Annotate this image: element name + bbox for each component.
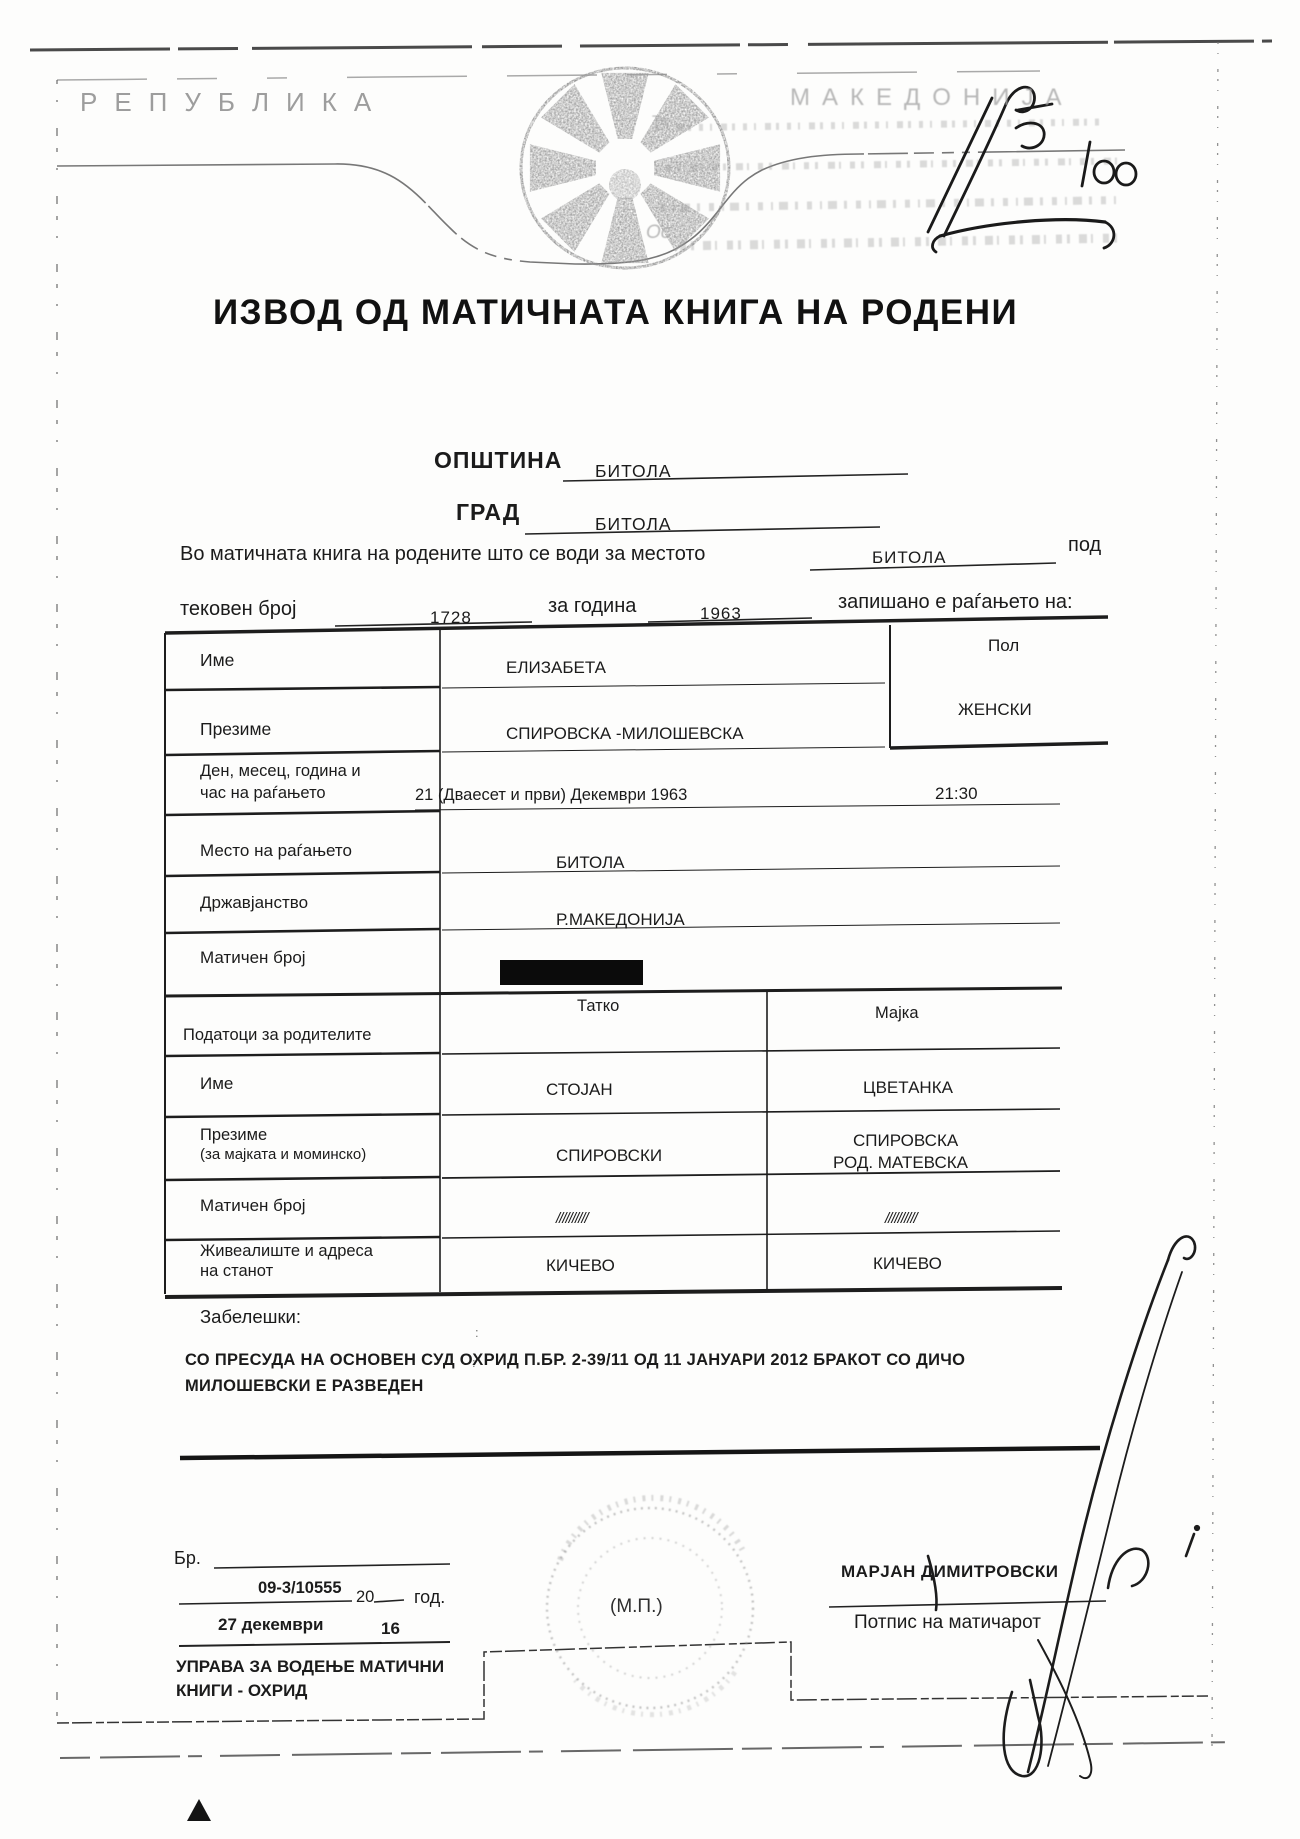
signature-caption: Потпис на матичарот — [854, 1612, 1041, 1634]
maticen-roditeli-label: Матичен број — [200, 1196, 306, 1216]
document-title: ИЗВОД ОД МАТИЧНАТА КНИГА НА РОДЕНИ — [213, 293, 1018, 333]
opstina-label: ОПШТИНА — [434, 447, 562, 473]
datum-time: 21:30 — [935, 784, 978, 804]
zabeleski-line1: СО ПРЕСУДА НА ОСНОВЕН СУД ОХРИД П.БР. 2-… — [185, 1351, 965, 1370]
maticen-label: Матичен број — [200, 948, 306, 968]
intro-line2-value2: 1963 — [700, 604, 742, 624]
intro-line1-suffix: под — [1068, 534, 1101, 557]
prezime-majka-value1: СПИРОВСКА — [853, 1131, 958, 1151]
maticen-tatko-value: ////////// — [556, 1210, 588, 1227]
ziveliste-tatko-value: КИЧЕВО — [546, 1256, 615, 1276]
datum-label-line1: Ден, месец, година и — [200, 762, 361, 781]
stamp-fragment: Ос — [646, 222, 670, 244]
org-line1: УПРАВА ЗА ВОДЕЊЕ МАТИЧНИ — [176, 1657, 444, 1677]
roditeli-label: Податоци за родителите — [183, 1026, 371, 1045]
ime-label: Име — [200, 650, 234, 670]
intro-line2-value1: 1728 — [430, 608, 472, 628]
stamp-fragment: Тв — [652, 112, 667, 128]
zabeleski-label: Забелешки: — [200, 1306, 301, 1327]
emblem-sun — [521, 68, 729, 268]
opstina-value: БИТОЛА — [595, 461, 672, 481]
ziveliste-label2: на станот — [200, 1262, 273, 1281]
org-line2: КНИГИ - ОХРИД — [176, 1681, 307, 1701]
pol-label: Пол — [988, 636, 1019, 656]
header-country: МАКЕДОНИЈА — [790, 84, 1074, 112]
birth-certificate-scan: РЕПУБЛИКА МАКЕДОНИЈА Тв Ос ИЗВОД ОД МАТИ… — [0, 0, 1300, 1839]
grad-value: БИТОЛА — [595, 514, 672, 534]
god-label: год. — [414, 1587, 445, 1608]
ime-roditeli-label: Име — [200, 1074, 233, 1094]
year-suffix: 16 — [381, 1619, 400, 1639]
mp-label: (М.П.) — [610, 1596, 663, 1618]
ime-value: ЕЛИЗАБЕТА — [506, 658, 606, 678]
registrar-name: МАРЈАН ДИМИТРОВСКИ — [841, 1562, 1058, 1582]
year-prefix: 20 — [356, 1588, 374, 1607]
intro-line2-label1: тековен број — [180, 598, 296, 621]
tatko-header: Татко — [577, 997, 619, 1016]
br-label: Бр. — [174, 1548, 201, 1569]
drzavjanstvo-value: Р.МАКЕДОНИЈА — [556, 910, 685, 930]
intro-line2-suffix: запишано е раѓањето на: — [838, 591, 1073, 614]
intro-line1-value: БИТОЛА — [872, 548, 947, 568]
notes-divider — [180, 1448, 1100, 1458]
prezime-value: СПИРОВСКА -МИЛОШЕВСКА — [506, 724, 744, 744]
prezime-majka-value2: РОД. МАТЕВСКА — [833, 1153, 968, 1173]
mesto-label: Место на раѓањето — [200, 841, 352, 861]
ziveliste-majka-value: КИЧЕВО — [873, 1254, 942, 1274]
scan-artifact-colon: : — [475, 1326, 479, 1341]
majka-header: Мајка — [875, 1004, 919, 1023]
prezime-roditeli-label1: Презиме — [200, 1126, 267, 1145]
maticen-majka-value: ////////// — [885, 1210, 917, 1227]
grad-label: ГРАД — [456, 499, 520, 525]
issue-date: 27 декември — [218, 1615, 323, 1635]
prezime-roditeli-label2: (за мајката и моминско) — [200, 1146, 366, 1163]
protocol-number: 09-3/10555 — [258, 1579, 342, 1598]
zabeleski-line2: МИЛОШЕВСКИ Е РАЗВЕДЕН — [185, 1377, 424, 1396]
scan-mark-triangle — [187, 1799, 211, 1821]
redaction-box — [500, 960, 643, 985]
mesto-value: БИТОЛА — [556, 853, 625, 873]
prezime-label: Презиме — [200, 719, 271, 739]
intro-line1-prefix: Во матичната книга на родените што се во… — [180, 543, 705, 566]
header-republic: РЕПУБЛИКА — [80, 88, 388, 118]
pol-value: ЖЕНСКИ — [958, 700, 1032, 720]
datum-value: 21 (Дваесет и први) Декември 1963 — [415, 786, 687, 805]
ime-majka-value: ЦВЕТАНКА — [863, 1078, 953, 1098]
handwriting-topright — [928, 87, 1136, 252]
ime-tatko-value: СТОЈАН — [546, 1080, 613, 1100]
datum-label-line2: час на раѓањето — [200, 784, 326, 803]
ziveliste-label1: Живеалиште и адреса — [200, 1242, 373, 1261]
drzavjanstvo-label: Државјанство — [200, 893, 308, 913]
prezime-tatko-value: СПИРОВСКИ — [556, 1146, 662, 1166]
intro-line2-label2: за година — [548, 595, 636, 618]
